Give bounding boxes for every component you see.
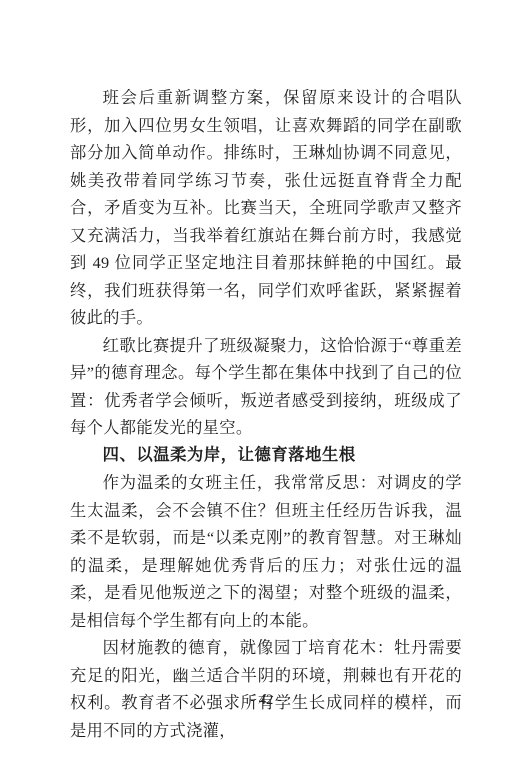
paragraph: 因材施教的德育，就像园丁培育花木：牡丹需要充足的阳光，幽兰适合半阴的环境，荆棘也… (70, 634, 462, 744)
paragraph: 红歌比赛提升了班级凝聚力，这恰恰源于“尊重差异”的德育理念。每个学生都在集体中找… (70, 332, 462, 442)
document-body: 班会后重新调整方案，保留原来设计的合唱队形，加入四位男女生领唱，让喜欢舞蹈的同学… (70, 84, 462, 744)
document-page: 班会后重新调整方案，保留原来设计的合唱队形，加入四位男女生领唱，让喜欢舞蹈的同学… (0, 0, 532, 768)
paragraph: 班会后重新调整方案，保留原来设计的合唱队形，加入四位男女生领唱，让喜欢舞蹈的同学… (70, 84, 462, 332)
section-heading: 四、以温柔为岸，让德育落地生根 (70, 442, 462, 470)
paragraph: 作为温柔的女班主任，我常常反思：对调皮的学生太温柔，会不会镇不住？但班主任经历告… (70, 469, 462, 634)
page-number: - 42 - (0, 692, 532, 709)
